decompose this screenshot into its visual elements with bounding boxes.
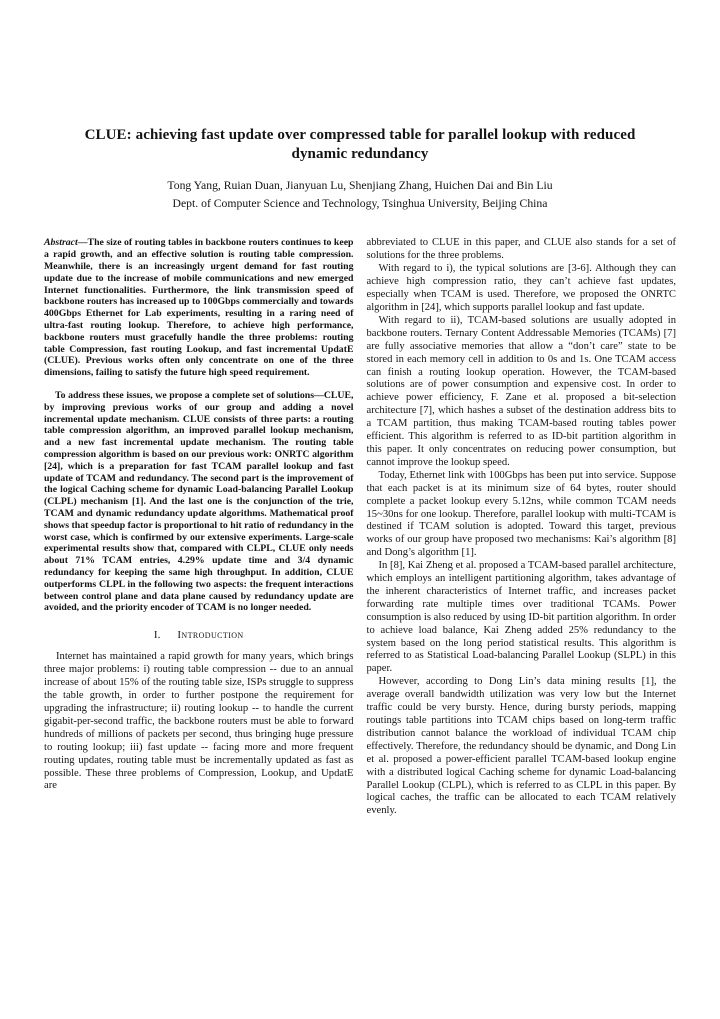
paper-page: CLUE: achieving fast update over compres… [0, 0, 720, 1019]
author-list: Tong Yang, Ruian Duan, Jianyuan Lu, Shen… [44, 177, 676, 195]
body-paragraph: Today, Ethernet link with 100Gbps has be… [367, 470, 677, 560]
body-paragraph: With regard to ii), TCAM-based solutions… [367, 315, 677, 470]
body-paragraph: With regard to i), the typical solutions… [367, 263, 677, 315]
section-title: Introduction [177, 629, 243, 641]
abstract-section: Abstract—The size of routing tables in b… [44, 237, 354, 614]
body-paragraph: abbreviated to CLUE in this paper, and C… [367, 237, 677, 263]
intro-paragraph: Internet has maintained a rapid growth f… [44, 651, 354, 793]
left-column: Abstract—The size of routing tables in b… [44, 237, 354, 793]
abstract-paragraph-1-text: The size of routing tables in backbone r… [44, 237, 354, 378]
abstract-paragraph-1: Abstract—The size of routing tables in b… [44, 237, 354, 379]
introduction-text-right: abbreviated to CLUE in this paper, and C… [367, 237, 677, 818]
section-number: I. [154, 629, 160, 641]
introduction-text-left: Internet has maintained a rapid growth f… [44, 651, 354, 793]
paper-title: CLUE: achieving fast update over compres… [60, 126, 660, 164]
body-paragraph: In [8], Kai Zheng et al. proposed a TCAM… [367, 560, 677, 676]
section-heading-introduction: I.Introduction [44, 629, 354, 642]
two-column-body: Abstract—The size of routing tables in b… [44, 237, 676, 818]
abstract-paragraph-2: To address these issues, we propose a co… [44, 390, 354, 614]
body-paragraph: However, according to Dong Lin’s data mi… [367, 676, 677, 818]
right-column: abbreviated to CLUE in this paper, and C… [367, 237, 677, 818]
author-affiliation: Dept. of Computer Science and Technology… [44, 195, 676, 213]
abstract-label: Abstract— [44, 237, 88, 248]
